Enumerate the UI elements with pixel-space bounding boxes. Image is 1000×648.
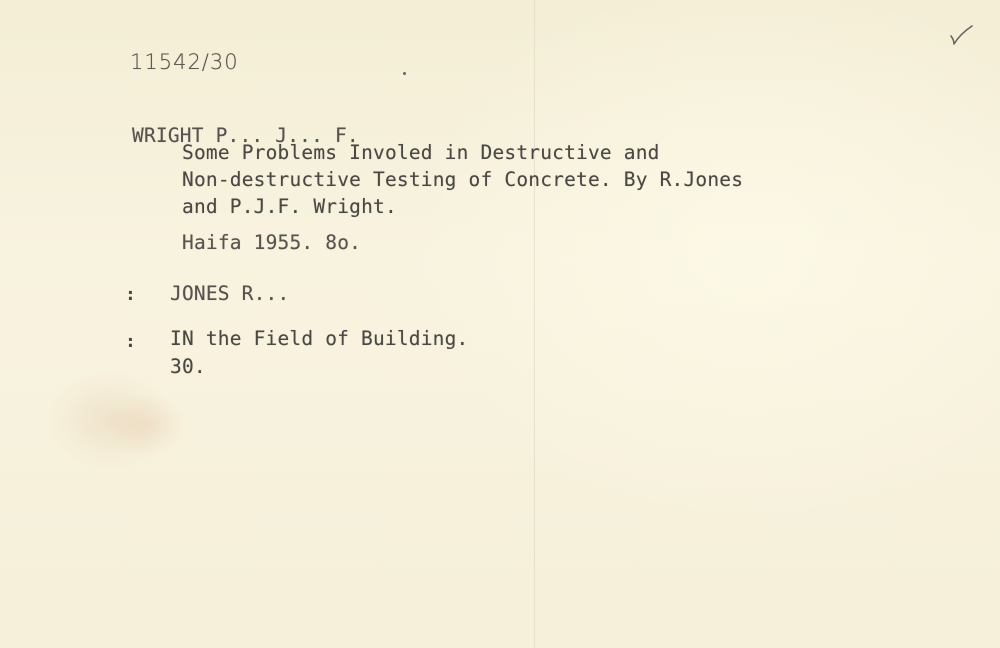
added-entry-series-number: 30. bbox=[170, 355, 206, 379]
call-number: 11542/30 bbox=[130, 50, 239, 74]
checkmark-icon bbox=[948, 22, 976, 48]
imprint: Haifa 1955. 8o. bbox=[182, 231, 361, 255]
card-crease bbox=[534, 0, 535, 648]
title-line: Non-destructive Testing of Concrete. By … bbox=[182, 168, 743, 192]
added-entry-series: IN the Field of Building. bbox=[170, 327, 469, 351]
title-line: Some Problems Involed in Destructive and bbox=[182, 141, 660, 165]
added-entry-bullet: : bbox=[125, 331, 136, 352]
ink-speck bbox=[403, 72, 406, 75]
added-entry-bullet: : bbox=[125, 284, 136, 305]
added-entry-author: JONES R... bbox=[170, 282, 289, 306]
catalog-card: 11542/30 WRIGHT P... J... F. Some Proble… bbox=[0, 0, 1000, 648]
title-line: and P.J.F. Wright. bbox=[182, 195, 397, 219]
